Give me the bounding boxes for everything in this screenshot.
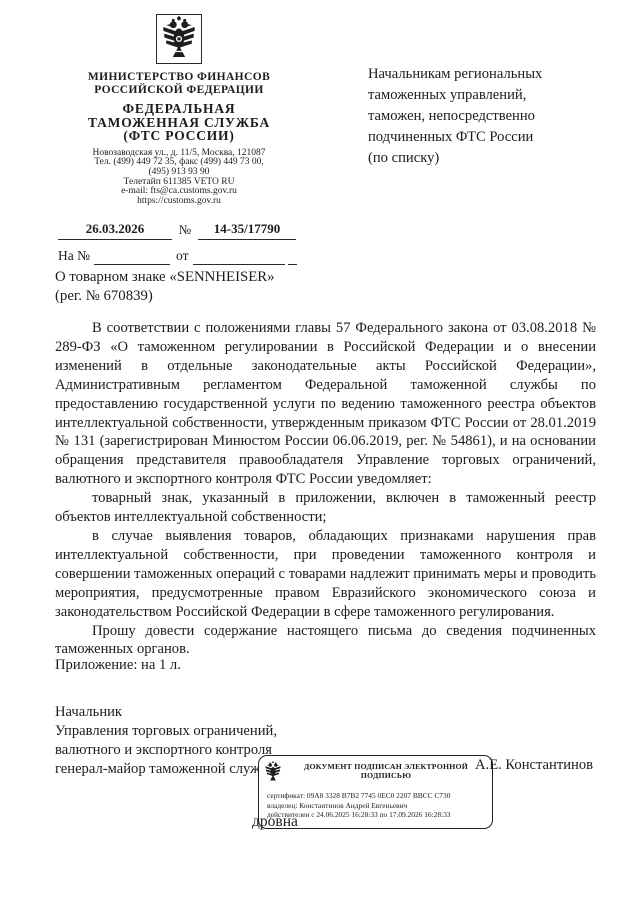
- contact-website: https://customs.gov.ru: [58, 197, 300, 207]
- body-paragraph-4: Прошу довести содержание настоящего пись…: [55, 622, 596, 660]
- letter-body: В соответствии с положениями главы 57 Фе…: [55, 319, 596, 659]
- body-paragraph-2: товарный знак, указанный в приложении, в…: [55, 489, 596, 527]
- number-sign: №: [172, 222, 198, 240]
- body-paragraph-3: в случае выявления товаров, обладающих п…: [55, 527, 596, 622]
- addressee-block: Начальникам региональных таможенных упра…: [368, 64, 603, 169]
- stamp-certificate: сертификат: 09А8 3328 В7В2 7745 0ЕС0 220…: [267, 791, 488, 801]
- reference-date-blank: [193, 250, 285, 265]
- addressee-line: подчиненных ФТС России: [368, 127, 603, 148]
- addressee-line: Начальникам региональных: [368, 64, 603, 85]
- subject-block: О товарном знаке «SENNHEISER» (рег. № 67…: [55, 268, 415, 306]
- reference-date-blank-tail: [288, 250, 297, 265]
- ministry-line-1: МИНИСТЕРСТВО ФИНАНСОВ: [58, 71, 300, 84]
- stamp-title-line-2: ПОДПИСЬЮ: [286, 771, 486, 780]
- agency-line-2: ТАМОЖЕННАЯ СЛУЖБА: [58, 116, 300, 130]
- stamp-title: ДОКУМЕНТ ПОДПИСАН ЭЛЕКТРОННОЙ ПОДПИСЬЮ: [286, 760, 486, 780]
- body-paragraph-1: В соответствии с положениями главы 57 Фе…: [55, 319, 596, 489]
- overlapped-executor-text: дровна: [252, 813, 298, 831]
- reference-label: На №: [58, 248, 90, 265]
- signature-post-line: Начальник: [55, 703, 375, 722]
- reference-from-label: от: [176, 248, 188, 265]
- agency-line-3: (ФТС РОССИИ): [58, 129, 300, 143]
- reference-number-blank: [94, 250, 170, 265]
- reference-row: На № от: [58, 247, 300, 265]
- coat-of-arms-box: [156, 14, 202, 64]
- subject-line-2: (рег. № 670839): [55, 287, 415, 306]
- stamp-title-line-1: ДОКУМЕНТ ПОДПИСАН ЭЛЕКТРОННОЙ: [286, 762, 486, 771]
- stamp-validity: действителен с 24.06.2025 16:28:33 по 17…: [267, 810, 488, 820]
- contact-block: Новозаводская ул., д. 11/5, Москва, 1210…: [58, 149, 300, 207]
- stamp-owner: владелец: Константинов Андрей Евгеньевич: [267, 801, 488, 811]
- letterhead: МИНИСТЕРСТВО ФИНАНСОВ РОССИЙСКОЙ ФЕДЕРАЦ…: [58, 12, 300, 265]
- stamp-header: ДОКУМЕНТ ПОДПИСАН ЭЛЕКТРОННОЙ ПОДПИСЬЮ: [259, 756, 492, 786]
- addressee-line: таможенных управлений,: [368, 85, 603, 106]
- agency-name: ФЕДЕРАЛЬНАЯ ТАМОЖЕННАЯ СЛУЖБА (ФТС РОССИ…: [58, 102, 300, 143]
- addressee-line: таможен, непосредственно: [368, 106, 603, 127]
- addressee-line: (по списку): [368, 148, 603, 169]
- coat-of-arms-icon: [160, 16, 198, 63]
- ministry-line-2: РОССИЙСКОЙ ФЕДЕРАЦИИ: [58, 84, 300, 97]
- date-number-row: 26.03.2026 № 14-35/17790: [58, 220, 300, 240]
- signature-post-line: Управления торговых ограничений,: [55, 722, 375, 741]
- agency-line-1: ФЕДЕРАЛЬНАЯ: [58, 102, 300, 116]
- subject-line-1: О товарном знаке «SENNHEISER»: [55, 268, 415, 287]
- document-number: 14-35/17790: [198, 221, 296, 240]
- ministry-name: МИНИСТЕРСТВО ФИНАНСОВ РОССИЙСКОЙ ФЕДЕРАЦ…: [58, 71, 300, 96]
- attachment-note: Приложение: на 1 л.: [55, 657, 181, 674]
- coat-of-arms-icon: [264, 761, 286, 786]
- signer-name: А.Е. Константинов: [475, 757, 593, 774]
- document-date: 26.03.2026: [58, 221, 172, 240]
